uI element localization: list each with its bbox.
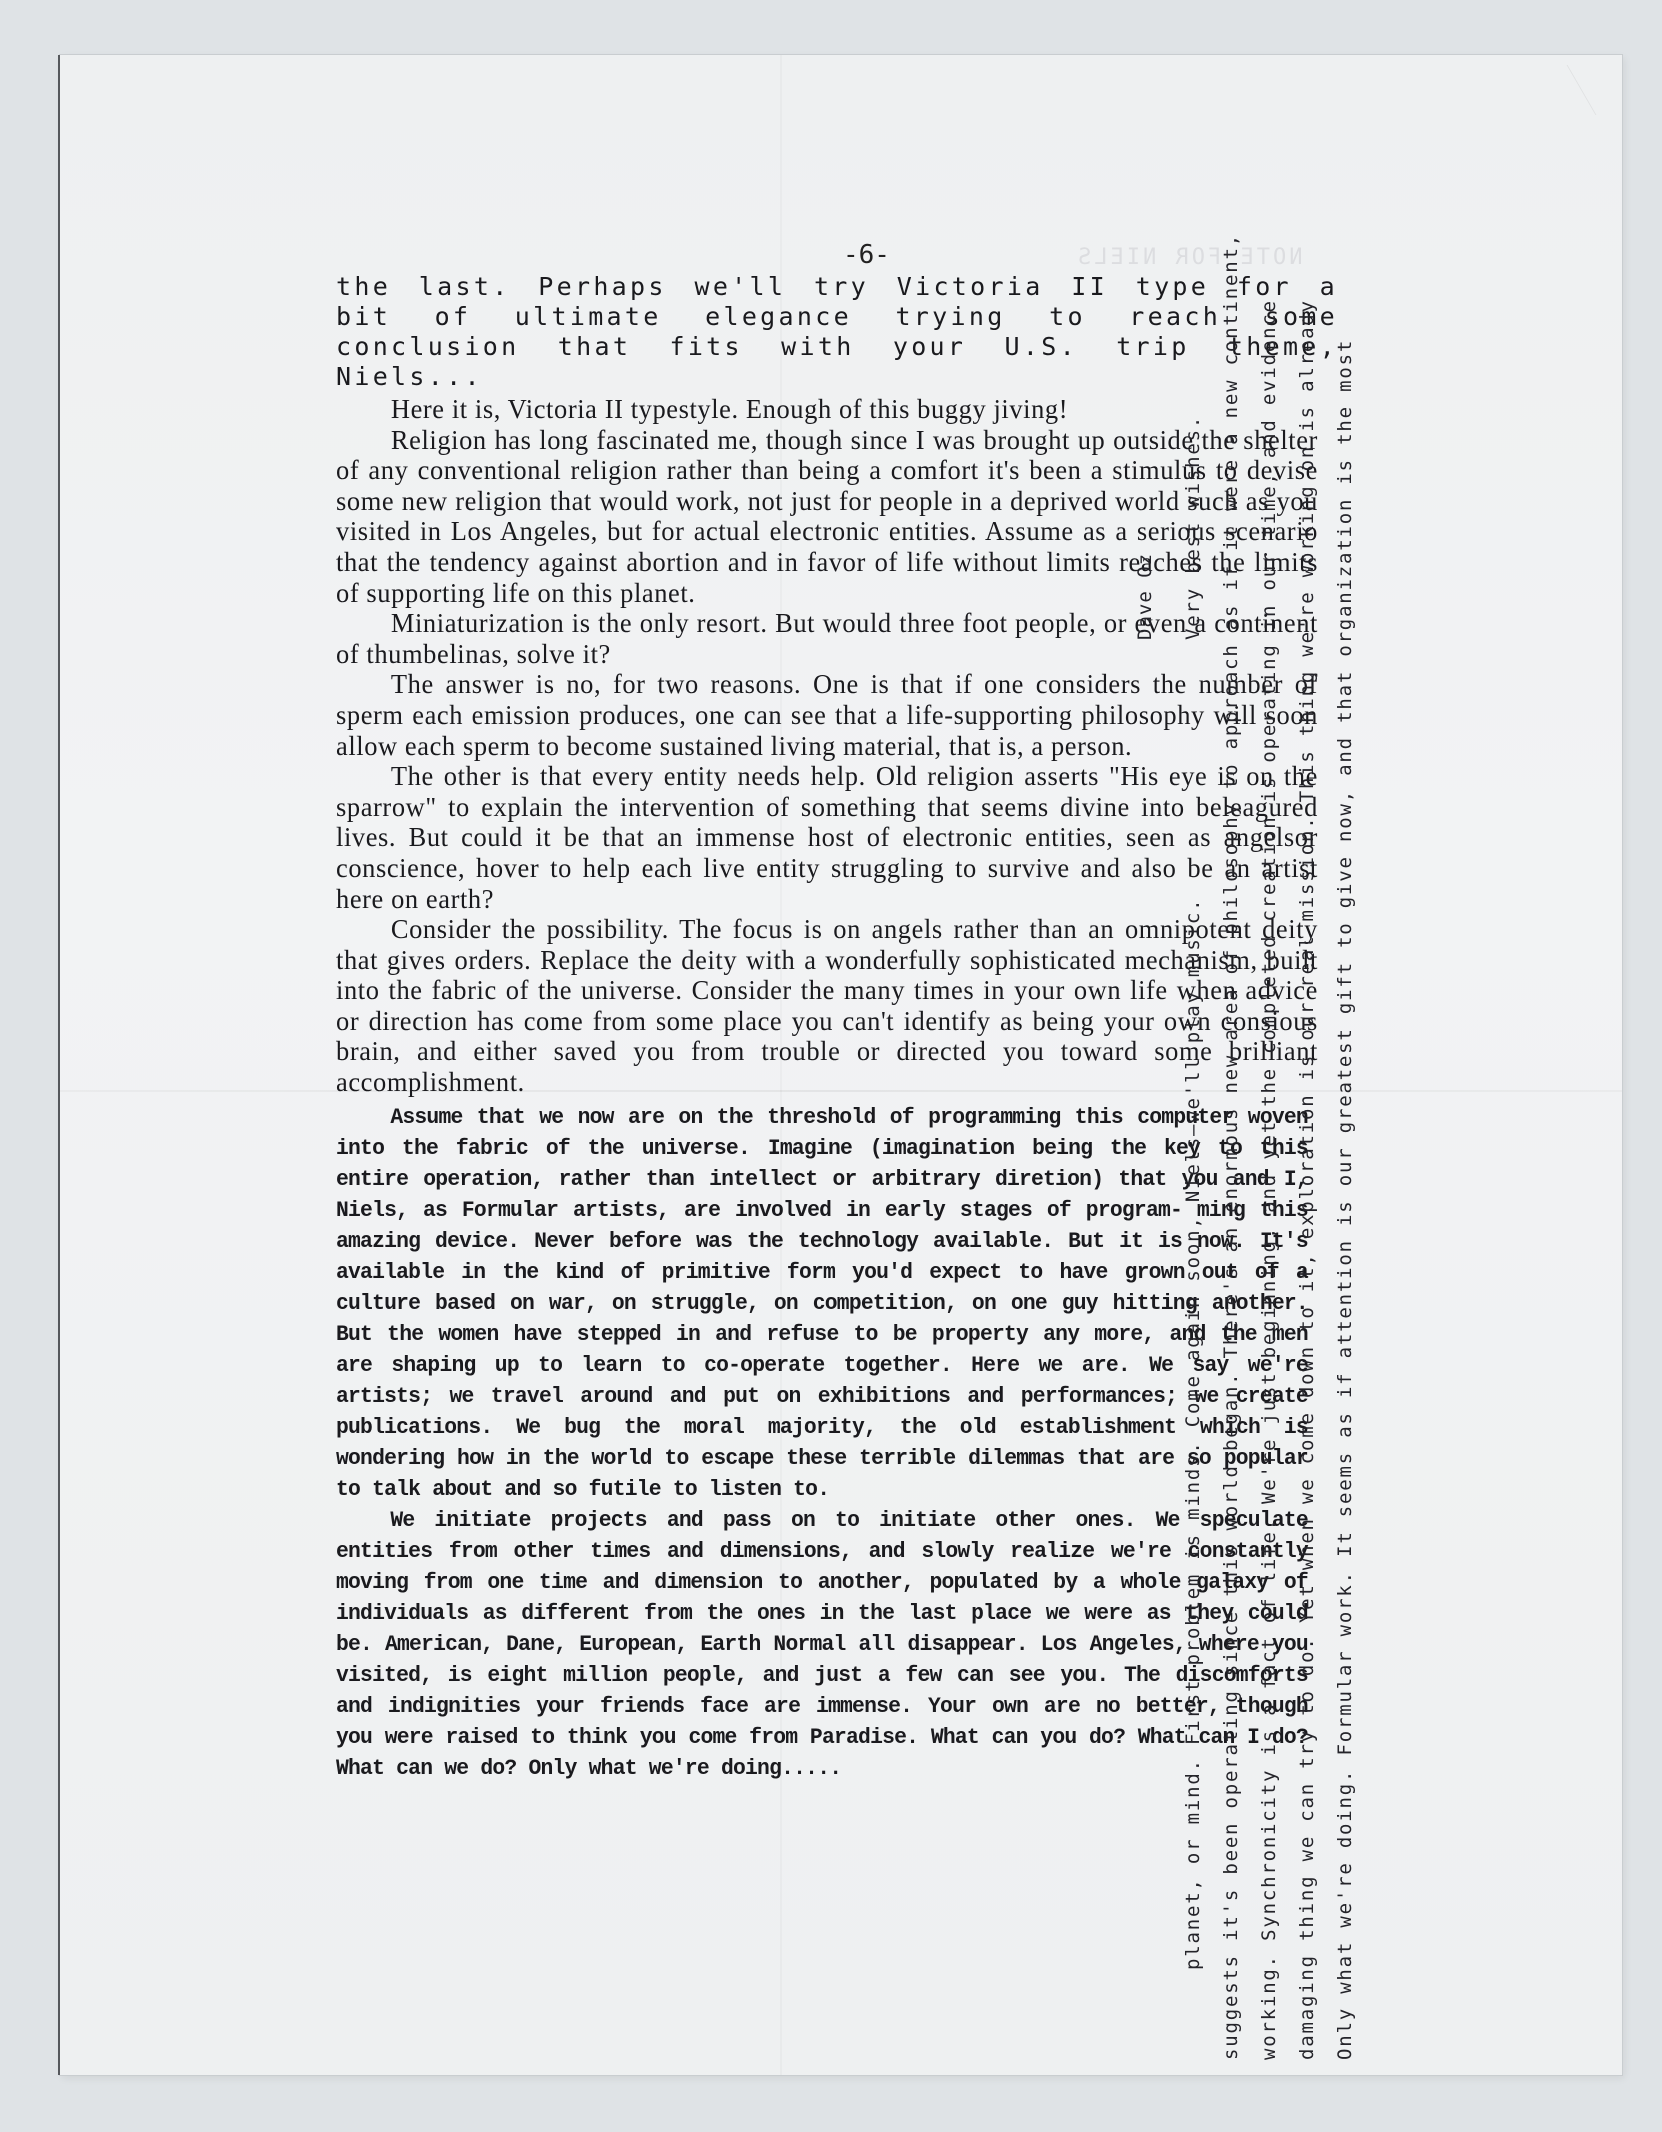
paragraph: Religion has long fascinated me, though … (336, 425, 1318, 609)
paragraph: the last. Perhaps we'll try Victoria II … (336, 272, 1338, 392)
margin-note-line: Only what we're doing. Formular work. It… (1333, 339, 1357, 2060)
margin-note-line: damaging thing we can try to do. Yet whe… (1295, 299, 1319, 2060)
paragraph: The answer is no, for two reasons. One i… (336, 669, 1318, 761)
section-elite-type: the last. Perhaps we'll try Victoria II … (336, 272, 1338, 392)
page-number: -6- (843, 240, 890, 270)
closing-salutation: Very best wishes. (1181, 415, 1205, 640)
paragraph: Miniaturization is the only resort. But … (336, 608, 1318, 669)
margin-note-line: working. Synchronicity is a fact of life… (1257, 299, 1281, 2060)
corner-crease (1567, 65, 1625, 115)
paragraph: Consider the possibility. The focus is o… (336, 914, 1318, 1098)
paragraph: Assume that we now are on the threshold … (336, 1102, 1308, 1505)
paragraph: The other is that every entity needs hel… (336, 761, 1318, 914)
margin-note-line: suggests it's been operating since this … (1219, 233, 1243, 2060)
bleed-through-text: NOTE FOR NIELS (1075, 245, 1302, 270)
margin-note-line: planet, or mind. First problem is minds.… (1181, 898, 1205, 1970)
signature: Dave Oz (1133, 553, 1157, 640)
paragraph: We initiate projects and pass on to init… (336, 1505, 1308, 1784)
paragraph: Here it is, Victoria II typestyle. Enoug… (336, 394, 1318, 425)
section-victoria-type: Here it is, Victoria II typestyle. Enoug… (336, 394, 1318, 1098)
section-condensed-type: Assume that we now are on the threshold … (336, 1102, 1308, 1784)
